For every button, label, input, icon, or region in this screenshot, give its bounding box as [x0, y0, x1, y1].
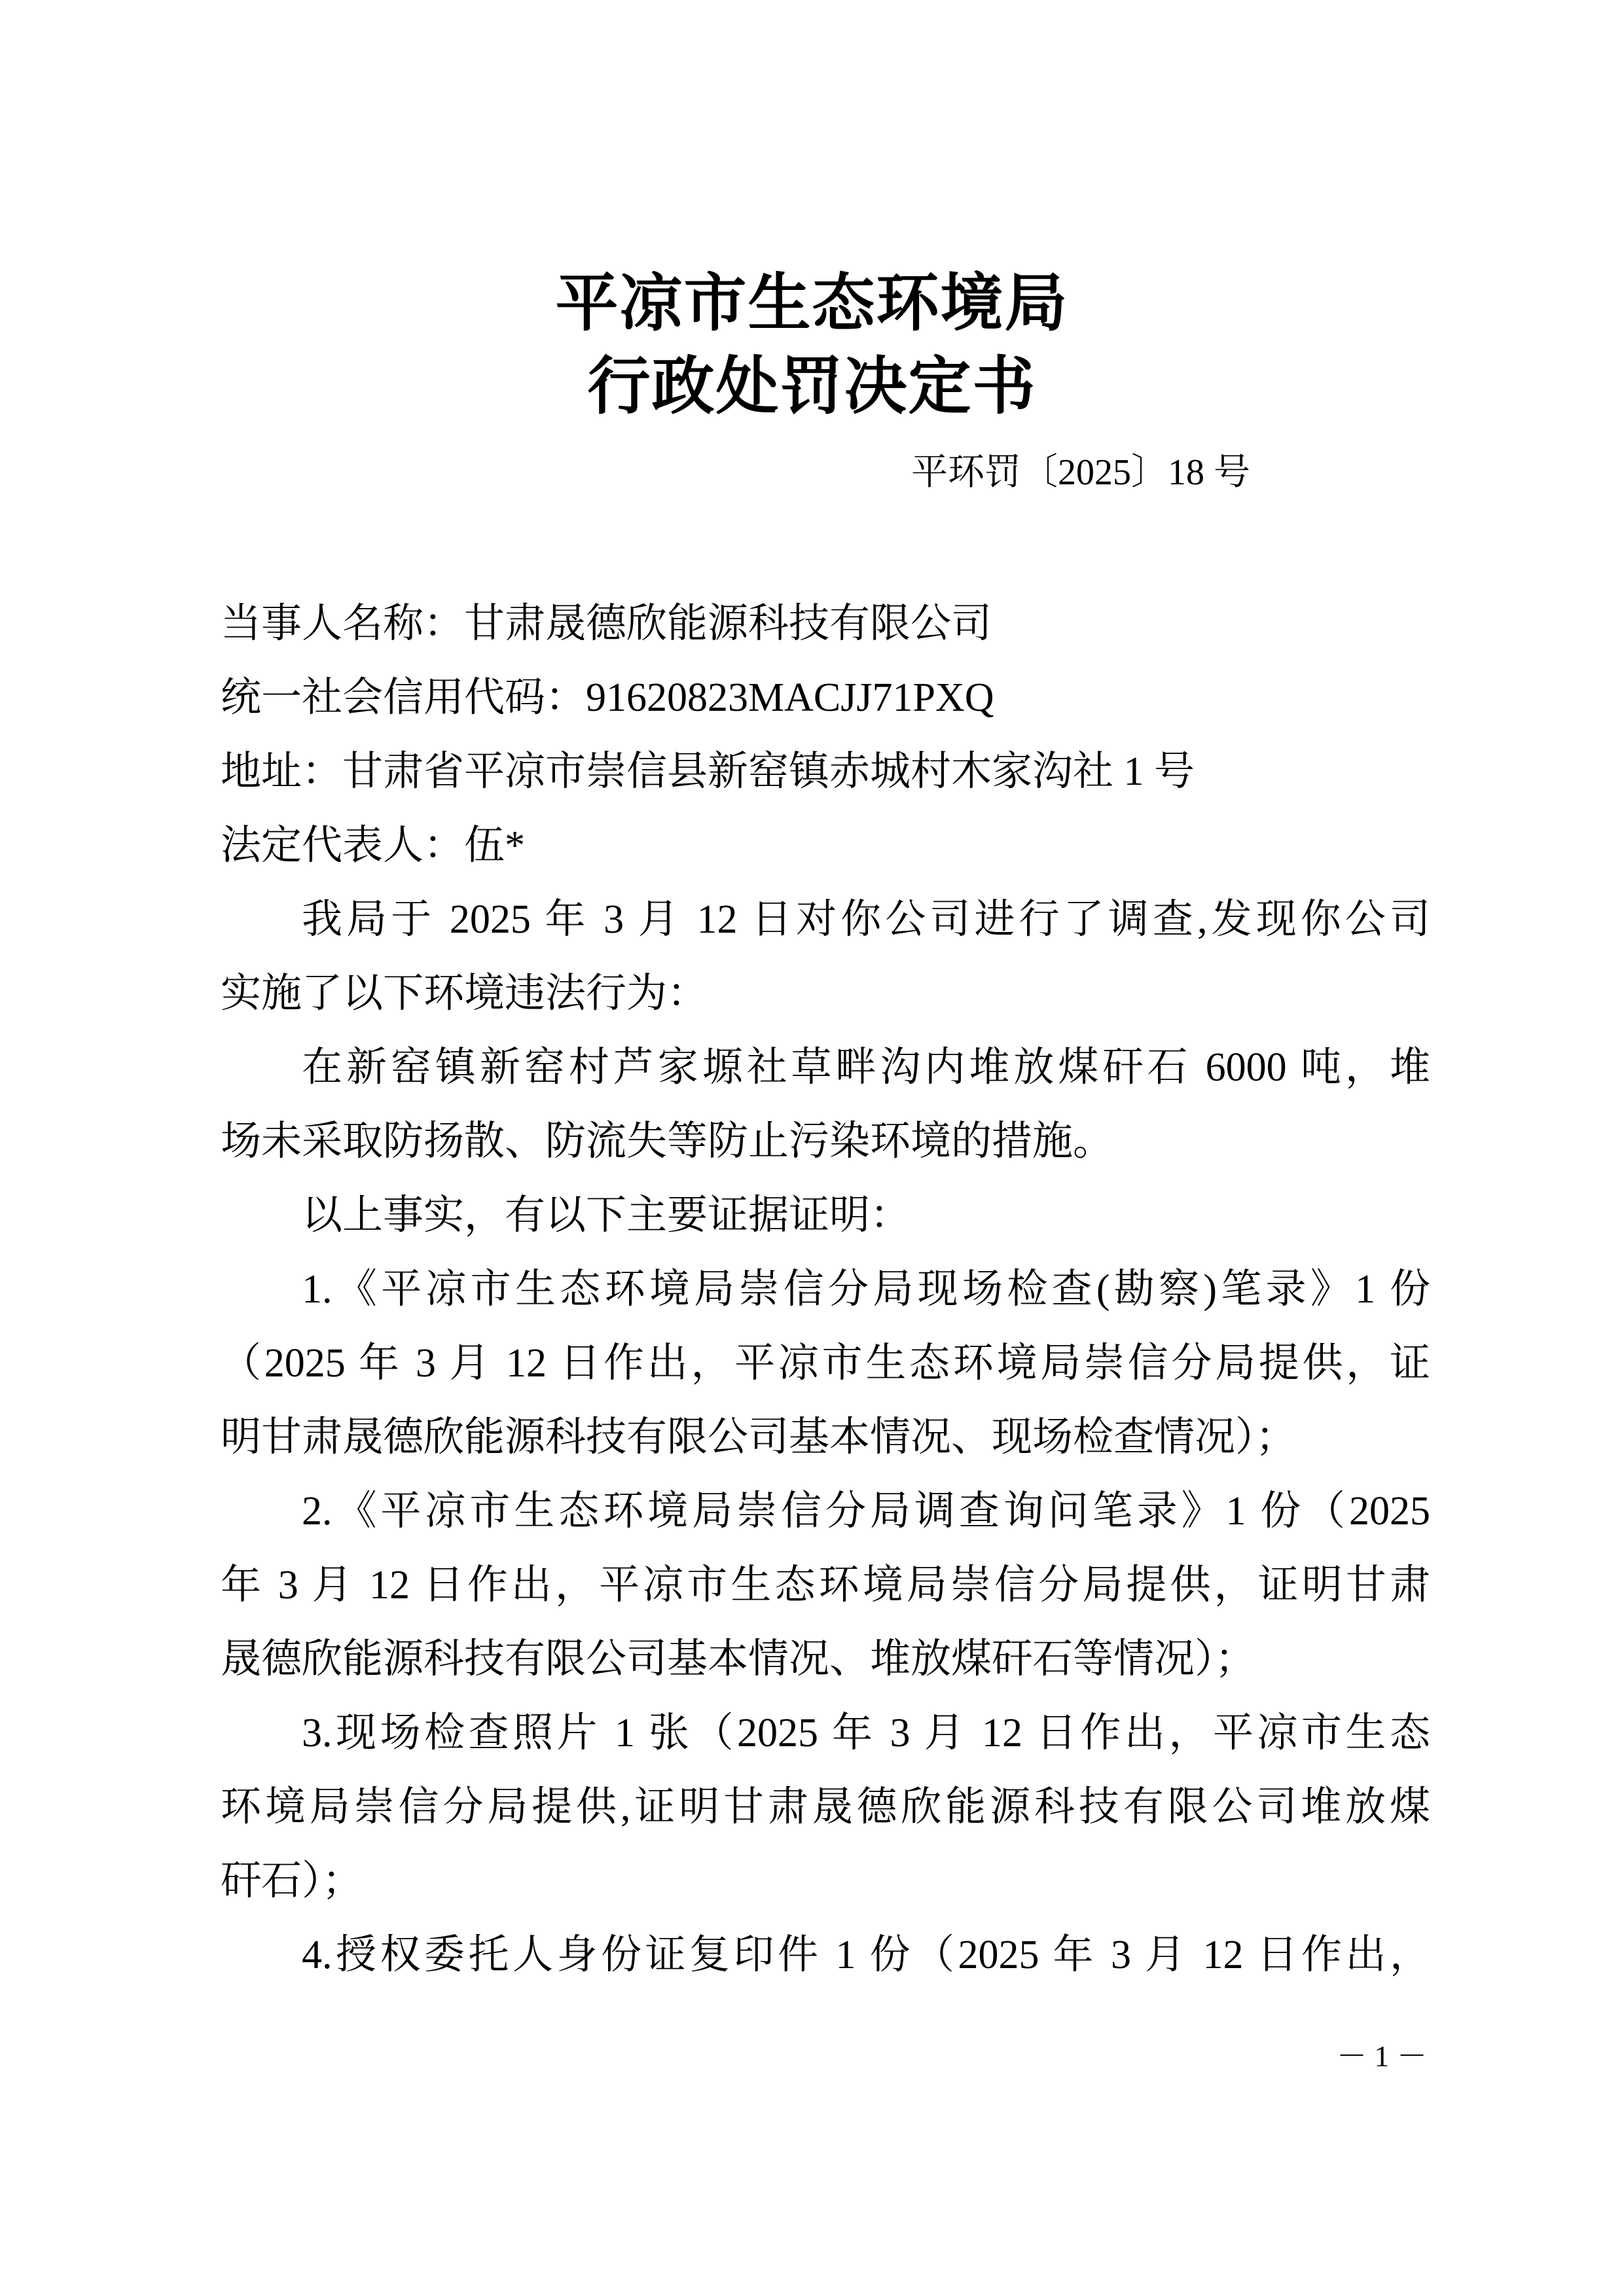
document-page: 平凉市生态环境局 行政处罚决定书 平环罚〔2025〕18 号 当事人名称：甘肃晟… — [0, 0, 1624, 2296]
body-line: 在新窑镇新窑村芦家塬社草畔沟内堆放煤矸石 6000 吨，堆 — [221, 1031, 1430, 1105]
body-line: （2025 年 3 月 12 日作出，平凉市生态环境局崇信分局提供，证 — [221, 1327, 1430, 1401]
body-line: 我局于 2025 年 3 月 12 日对你公司进行了调查,发现你公司 — [221, 883, 1430, 957]
body-line: 2.《平凉市生态环境局崇信分局调查询问笔录》1 份（2025 — [221, 1475, 1430, 1549]
body-line: 明甘肃晟德欣能源科技有限公司基本情况、现场检查情况）； — [221, 1401, 1430, 1475]
body-line: 当事人名称：甘肃晟德欣能源科技有限公司 — [221, 587, 1430, 661]
document-number: 平环罚〔2025〕18 号 — [0, 452, 1624, 493]
body-line: 矸石）； — [221, 1844, 1430, 1918]
body-line: 地址：甘肃省平凉市崇信县新窑镇赤城村木家沟社 1 号 — [221, 735, 1430, 809]
body-line: 法定代表人：伍* — [221, 809, 1430, 883]
body-line: 环境局崇信分局提供,证明甘肃晟德欣能源科技有限公司堆放煤 — [221, 1770, 1430, 1844]
body-line: 晟德欣能源科技有限公司基本情况、堆放煤矸石等情况）； — [221, 1623, 1430, 1696]
page-number: － 1 － — [1337, 2037, 1427, 2076]
document-title-line-1: 平凉市生态环境局 — [0, 262, 1624, 345]
body-line: 实施了以下环境违法行为： — [221, 957, 1430, 1031]
document-header: 平凉市生态环境局 行政处罚决定书 平环罚〔2025〕18 号 — [0, 0, 1624, 493]
body-line: 4.授权委托人身份证复印件 1 份（2025 年 3 月 12 日作出， — [221, 1918, 1430, 1992]
document-title-line-2: 行政处罚决定书 — [0, 345, 1624, 428]
body-line: 3.现场检查照片 1 张（2025 年 3 月 12 日作出，平凉市生态 — [221, 1696, 1430, 1770]
body-line: 统一社会信用代码：91620823MACJJ71PXQ — [221, 661, 1430, 735]
document-body: 当事人名称：甘肃晟德欣能源科技有限公司 统一社会信用代码：91620823MAC… — [0, 587, 1624, 1992]
body-line: 以上事实，有以下主要证据证明： — [221, 1179, 1430, 1253]
body-line: 场未采取防扬散、防流失等防止污染环境的措施。 — [221, 1105, 1430, 1179]
body-line: 1.《平凉市生态环境局崇信分局现场检查(勘察)笔录》1 份 — [221, 1253, 1430, 1327]
body-line: 年 3 月 12 日作出，平凉市生态环境局崇信分局提供，证明甘肃 — [221, 1549, 1430, 1623]
